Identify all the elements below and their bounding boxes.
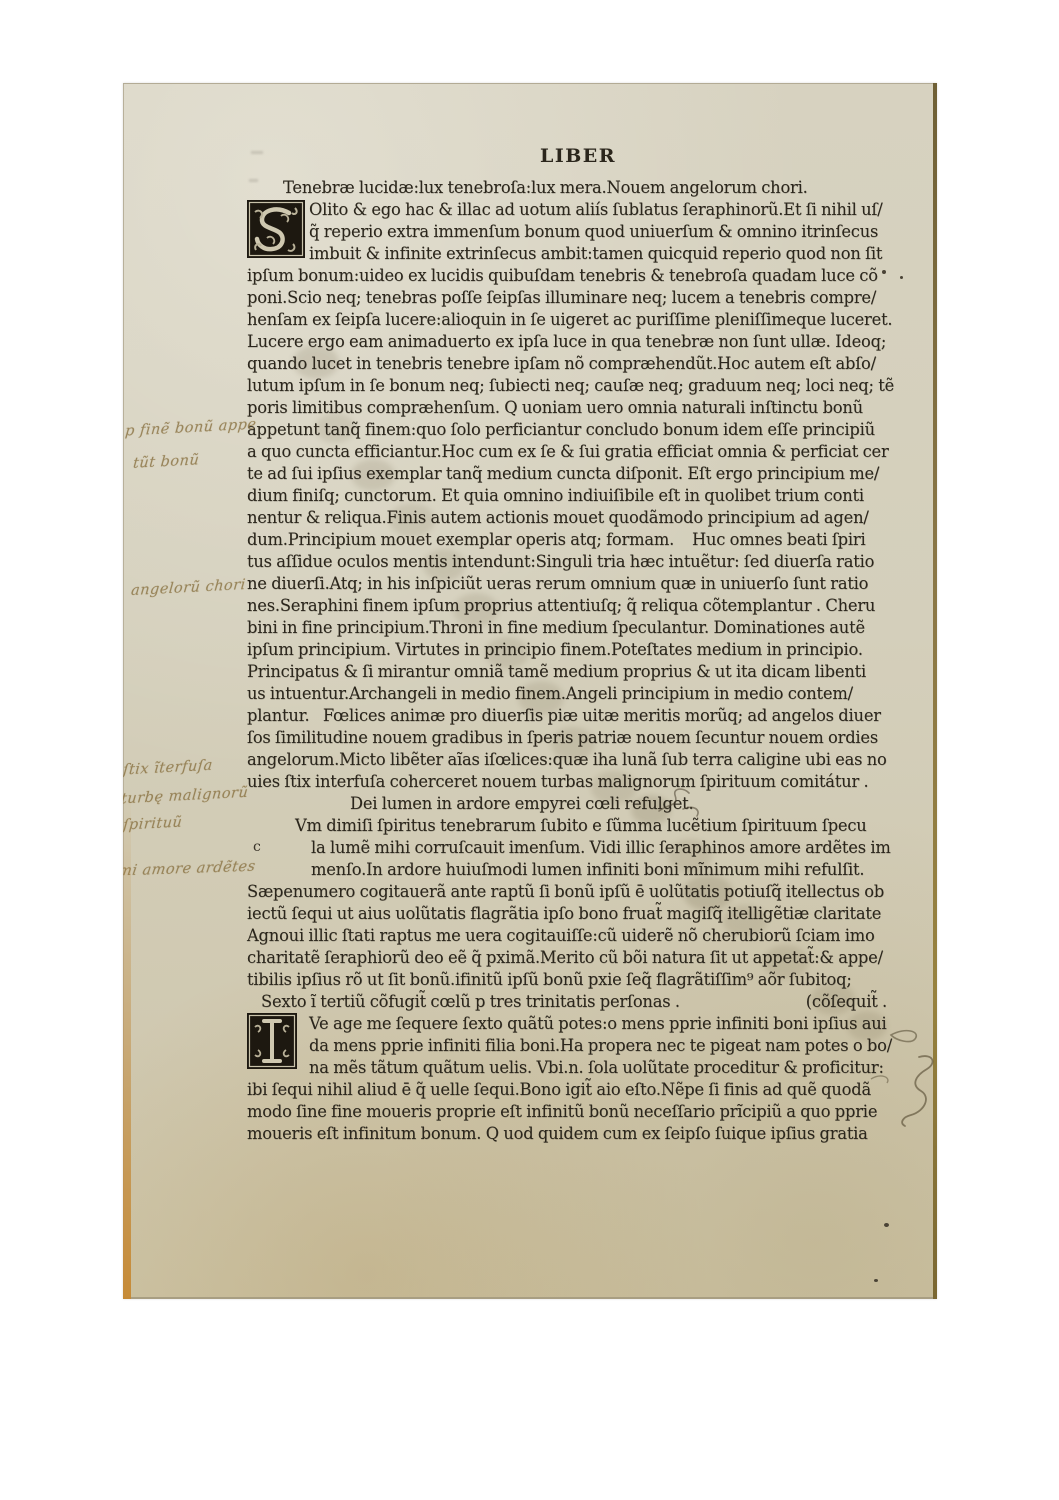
text-line: appetunt tanq̃ finem:quo ſolo perficiant… xyxy=(247,419,913,441)
text-line: charitatẽ ſeraphiorũ deo eẽ q̃ pximã.Mer… xyxy=(247,947,913,969)
ink-speck xyxy=(884,1223,889,1227)
text-line: menſo.In ardore huiuſmodi lumen infiniti… xyxy=(247,859,913,881)
text-line: angelorum.Micto libẽter aĩas iſœlices:qu… xyxy=(247,749,913,771)
marginal-note: ſpirituũ xyxy=(123,814,183,833)
marginal-note: angelorũ chori xyxy=(130,577,246,599)
text-line: dum.Principium mouet exemplar operis atq… xyxy=(247,529,913,551)
text-line: Principatus & ſi mirantur omniã tamẽ med… xyxy=(247,661,913,683)
text-line: ibi ſequi nihil aliud ē q̃ uelle ſequi.B… xyxy=(247,1079,913,1101)
marginal-note: turbę malignorũ xyxy=(123,785,249,808)
body-lines: Olito & ego hac & illac ad uotum aliís ſ… xyxy=(247,199,913,1145)
text-line: bini in fine principium.Throni in fine m… xyxy=(247,617,913,639)
text-line: plantur. Fœlices animæ pro diuerſis piæ … xyxy=(247,705,913,727)
text-line: imbuit & infinite extrinſecus ambit:tame… xyxy=(247,243,913,265)
text-line: tus aſſidue oculos mentis intendunt:Sing… xyxy=(247,551,913,573)
ink-flourish xyxy=(653,783,708,825)
text-line: iectũ ſequi ut aius uolũtatis flagrãtia … xyxy=(247,903,913,925)
marginal-note: tũt bonũ xyxy=(132,452,200,472)
text-line: da mens pprie infiniti filia boni.Ha pro… xyxy=(247,1035,913,1057)
marginal-note: mi amore ardẽtes xyxy=(123,859,257,880)
ink-speck xyxy=(874,1279,878,1282)
text-line: modo ſine fine moueris proprie eſt infin… xyxy=(247,1101,913,1123)
photo-canvas: LIBER c Tenebræ lucidæ:lux teneb xyxy=(0,0,1059,1500)
text-line: lutum ipſum in ſe bonum neq; ſubiecti ne… xyxy=(247,375,913,397)
text-line: poris limitibus compræhenſum. Q uoniam u… xyxy=(247,397,913,419)
text-line: Lucere ergo eam animaduerto ex ipſa luce… xyxy=(247,331,913,353)
text-line: Vm dimiſi ſpiritus tenebrarum ſubito e ſ… xyxy=(247,815,913,837)
text-line: tibilis ipſius rõ ut ſit bonũ.ifinitũ ip… xyxy=(247,969,913,991)
text-line: uies ſtix interfuſa coherceret nouem tur… xyxy=(247,771,913,793)
text-line: Sexto ĩ tertiũ cõfugit̃ cœlũ p tres trin… xyxy=(247,991,913,1013)
text-line: na mẽs tãtum quãtum uelis. Vbi.n. ſola u… xyxy=(247,1057,913,1079)
text-line: Agnoui illic ſtati raptus me uera cogita… xyxy=(247,925,913,947)
text-line: Ve age me ſequere ſexto quãtũ potes:o me… xyxy=(247,1013,913,1035)
text-line: poni.Scio neq; tenebras poſſe ſeipſas il… xyxy=(247,287,913,309)
text-line: Dei lumen in ardore empyrei cœli refulge… xyxy=(247,793,913,815)
text-line: moueris eſt infinitum bonum. Q uod quide… xyxy=(247,1123,913,1145)
text-line: Sæpenumero cogitauerã ante raptũ ſi bonũ… xyxy=(247,881,913,903)
text-line: dium finiſq; cunctorum. Et quia omnino i… xyxy=(247,485,913,507)
text-line: nes.Seraphini finem ipſum proprius atten… xyxy=(247,595,913,617)
text-line: a quo cuncta efficiantur.Hoc cum ex ſe &… xyxy=(247,441,913,463)
chapter-heading: Tenebræ lucidæ:lux tenebroſa:lux mera.No… xyxy=(247,177,913,199)
text-line: te ad ſui ipſius exemplar tanq̃ medium c… xyxy=(247,463,913,485)
text-line: Olito & ego hac & illac ad uotum aliís ſ… xyxy=(247,199,913,221)
text-line: q̃ reperio extra immenſum bonum quod uni… xyxy=(247,221,913,243)
text-line: ne diuerſi.Atq; in his inſpiciũt ueras r… xyxy=(247,573,913,595)
text-line: us intuentur.Archangeli in medio finem.A… xyxy=(247,683,913,705)
page-title: LIBER xyxy=(247,145,909,167)
margin-flourish xyxy=(861,1023,937,1132)
text-line: ſos ſimilitudine nouem gradibus in ſperi… xyxy=(247,727,913,749)
marginal-note: ſtix ĩterfuſa xyxy=(123,758,213,779)
text-block: Tenebræ lucidæ:lux tenebroſa:lux mera.No… xyxy=(247,177,913,1145)
marginal-note: p finẽ bonũ appe xyxy=(124,417,257,440)
text-line: ipſum principium. Virtutes in principio … xyxy=(247,639,913,661)
book-page-photo: LIBER c Tenebræ lucidæ:lux teneb xyxy=(123,83,937,1299)
text-line: ipſum bonum:uideo ex lucidis quibuſdam t… xyxy=(247,265,913,287)
text-line: henſam ex ſeipſa lucere:alioquin in ſe u… xyxy=(247,309,913,331)
text-line: nentur & reliqua.Finis autem actionis mo… xyxy=(247,507,913,529)
text-line: quando lucet in tenebris tenebre ipſam n… xyxy=(247,353,913,375)
text-line: la lumẽ mihi corruſcauit imenſum. Vidi i… xyxy=(247,837,913,859)
